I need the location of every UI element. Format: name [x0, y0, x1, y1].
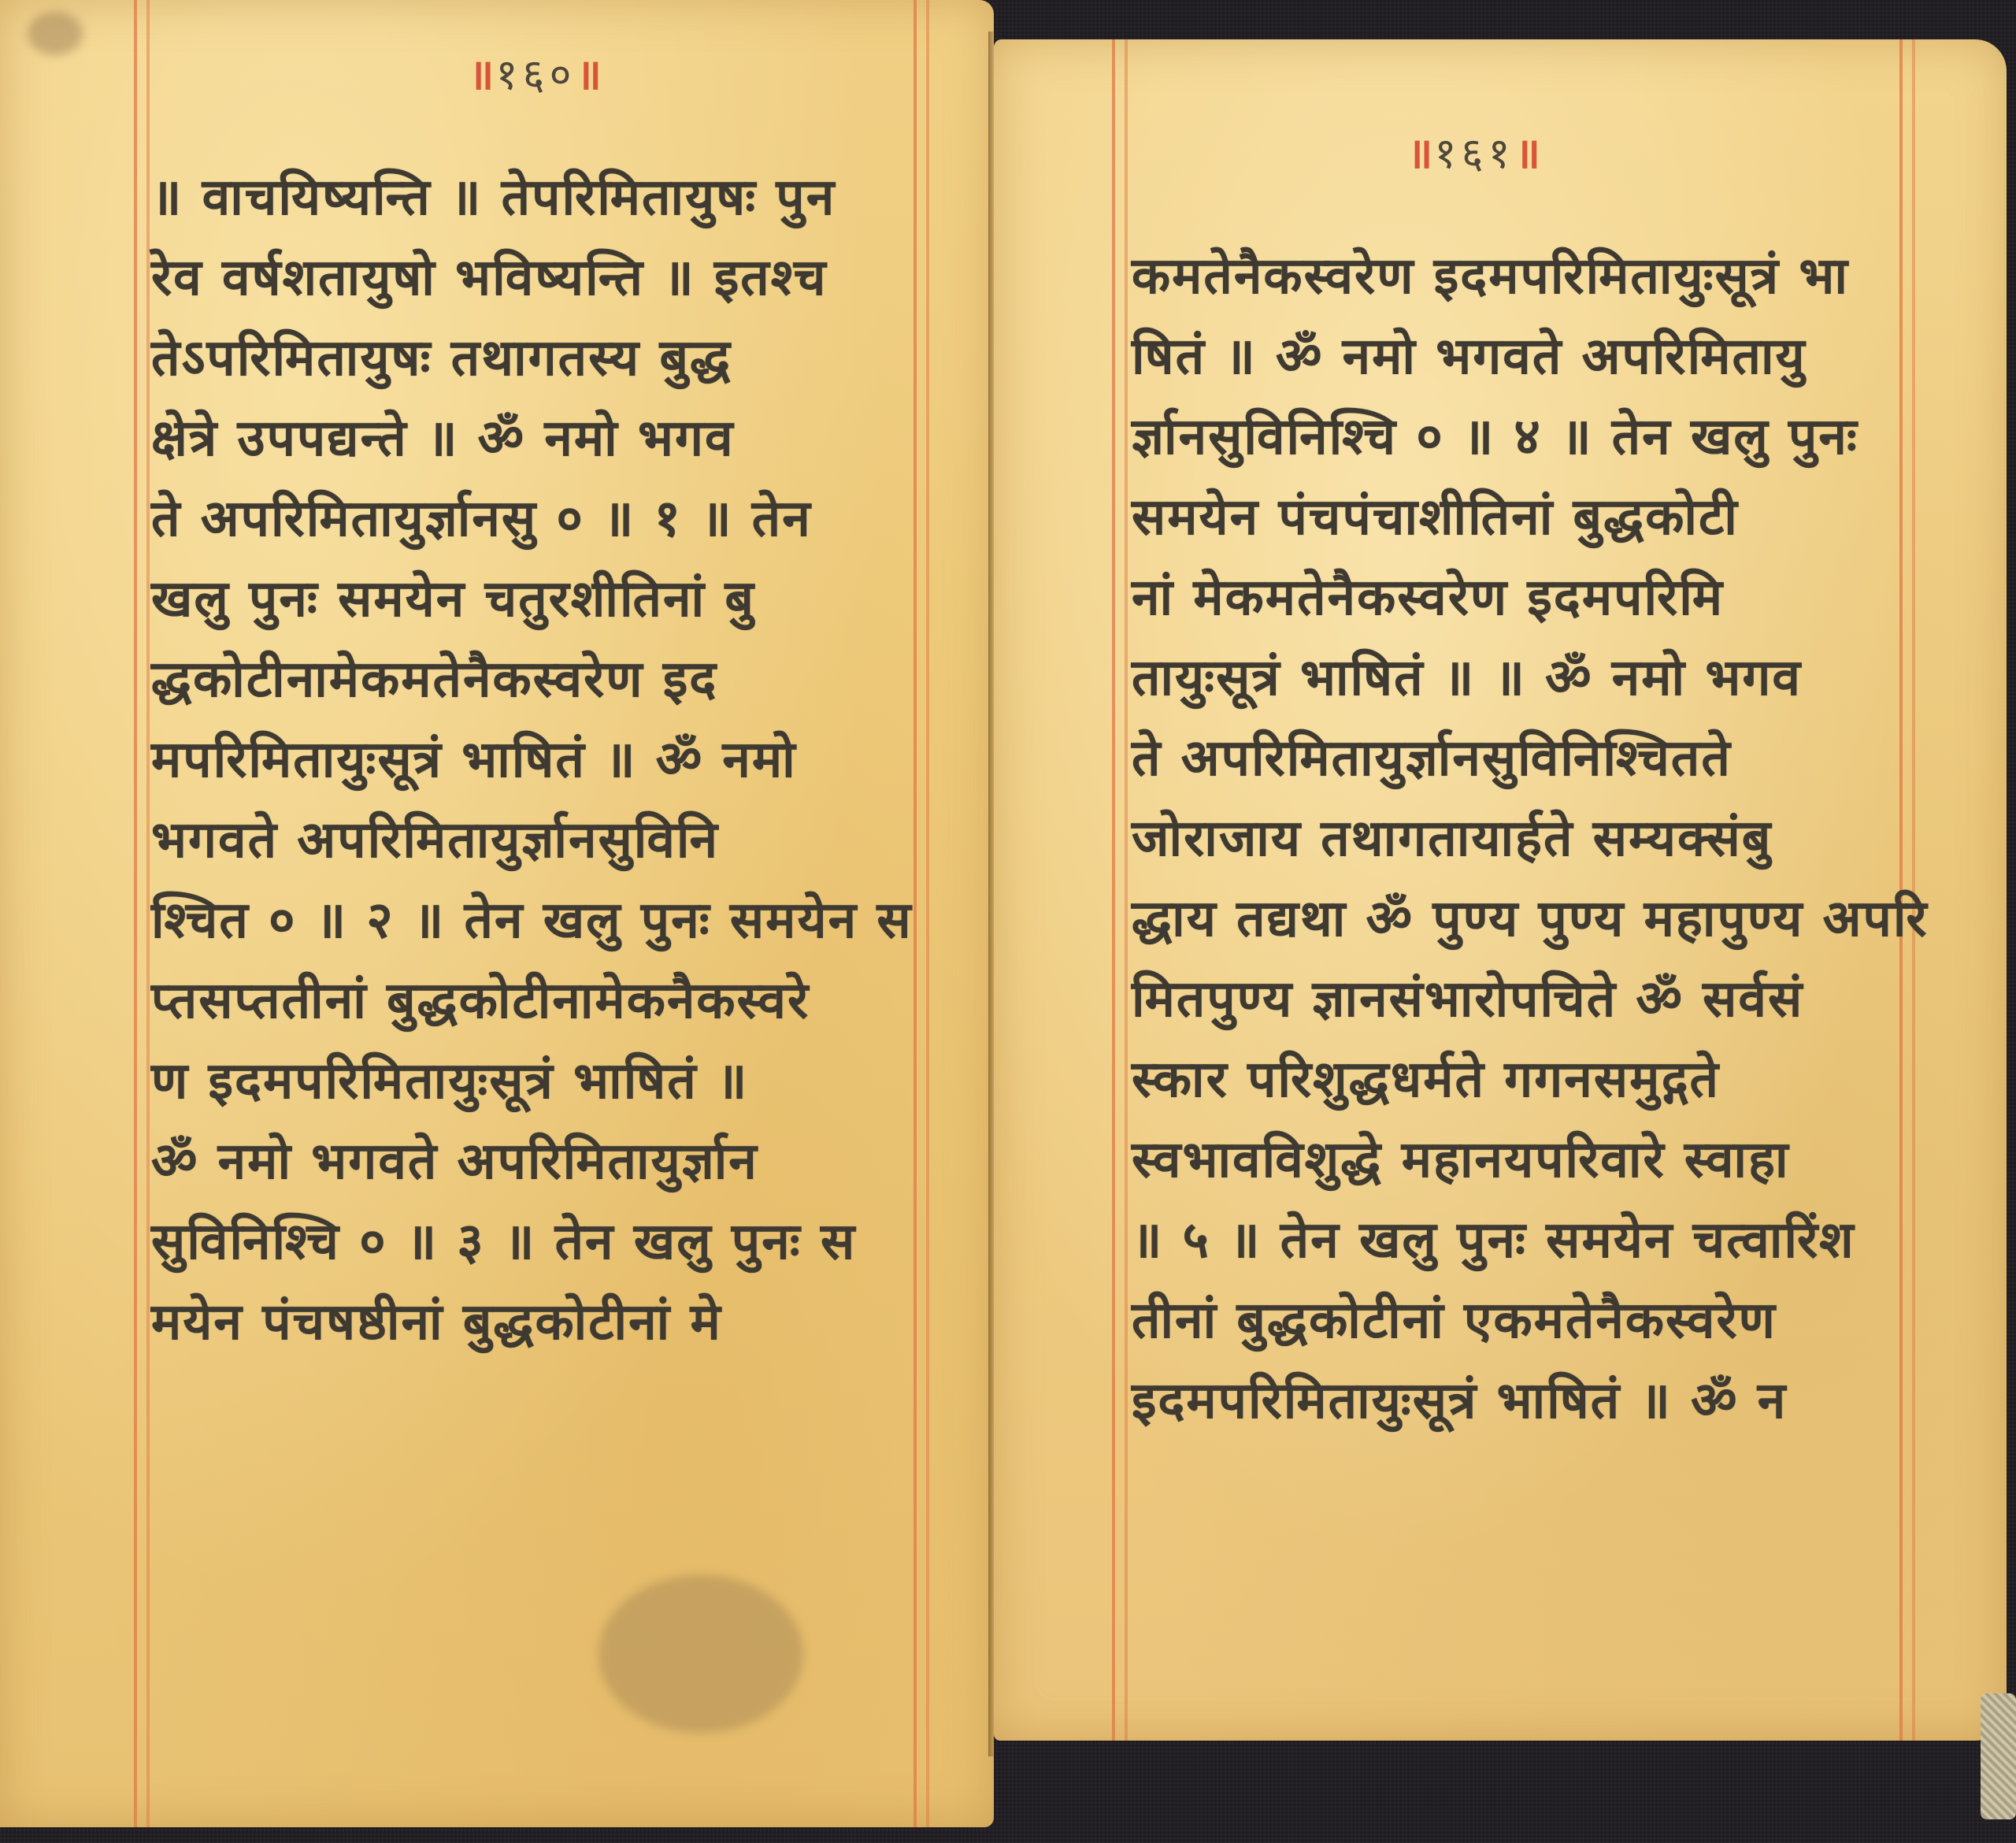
text-line: द्धकोटीनामेकमतेनैकस्वरेण इद	[151, 640, 915, 720]
text-line: जोराजाय तथागतायार्हते सम्यक्संबु	[1132, 799, 1903, 879]
margin-rule-left-outer	[1112, 39, 1115, 1741]
text-line: स्वभावविशुद्धे महानयपरिवारे स्वाहा	[1132, 1120, 1903, 1200]
ink-stain	[28, 12, 83, 55]
text-line: खलु पुनः समयेन चतुरशीतिनां बु	[151, 559, 915, 640]
text-line: रेव वर्षशतायुषो भविष्यन्ति ॥ इतश्च	[151, 238, 915, 318]
text-line: सुविनिश्चि ० ॥ ३ ॥ तेन खलु पुनः स	[151, 1202, 915, 1282]
text-line: द्धाय तद्यथा ॐ पुण्य पुण्य महापुण्य अपरि	[1132, 879, 1903, 959]
margin-rule-right-inner	[926, 0, 929, 1827]
folio-number: १६०	[495, 50, 576, 99]
text-line: तीनां बुद्धकोटीनां एकमतेनैकस्वरेण	[1132, 1281, 1903, 1361]
text-line: समयेन पंचपंचाशीतिनां बुद्धकोटी	[1132, 477, 1903, 558]
text-line: र्ज्ञानसुविनिश्चि ० ॥ ४ ॥ तेन खलु पुनः	[1132, 397, 1903, 477]
text-line: मयेन पंचषष्ठीनां बुद्धकोटीनां मे	[151, 1282, 915, 1363]
text-line: ॥ वाचयिष्यन्ति ॥ तेपरिमितायुषः पुन	[151, 158, 915, 238]
danda-mark: ॥	[1515, 128, 1542, 178]
text-line: भगवते अपरिमितायुर्ज्ञानसुविनि	[151, 800, 915, 881]
text-line: तायुःसूत्रं भाषितं ॥ ॥ ॐ नमो भगव	[1132, 638, 1903, 718]
folio-number-160: ॥१६०॥	[469, 43, 603, 102]
right-page: ॥१६१॥ कमतेनैकस्वरेण इदमपरिमितायुःसूत्रं …	[994, 39, 2007, 1741]
text-line: ण इदमपरिमितायुःसूत्रं भाषितं ॥	[151, 1041, 915, 1122]
binding-thread	[1981, 1693, 2016, 1819]
text-line: मपरिमितायुःसूत्रं भाषितं ॥ ॐ नमो	[151, 720, 915, 800]
text-line: ॐ नमो भगवते अपरिमितायुर्ज्ञान	[151, 1122, 915, 1202]
left-page: ॥१६०॥ ॥ वाचयिष्यन्ति ॥ तेपरिमितायुषः पुन…	[0, 0, 994, 1827]
danda-mark: ॥	[1407, 128, 1434, 178]
text-line: स्कार परिशुद्धधर्मते गगनसमुद्गते	[1132, 1040, 1903, 1120]
text-line: कमतेनैकस्वरेण इदमपरिमितायुःसूत्रं भा	[1132, 236, 1903, 317]
text-line: क्षेत्रे उपपद्यन्ते ॥ ॐ नमो भगव	[151, 399, 915, 479]
margin-rule-left-outer	[134, 0, 137, 1827]
text-line: ते अपरिमितायुर्ज्ञानसुविनिश्चितते	[1132, 718, 1903, 799]
danda-mark: ॥	[469, 50, 495, 99]
right-page-text: कमतेनैकस्वरेण इदमपरिमितायुःसूत्रं भा षित…	[1132, 236, 1903, 1441]
text-line: षितं ॥ ॐ नमो भगवते अपरिमितायु	[1132, 317, 1903, 397]
text-line: इदमपरिमितायुःसूत्रं भाषितं ॥ ॐ न	[1132, 1361, 1903, 1441]
folio-number-161: ॥१६१॥	[1407, 122, 1542, 180]
margin-rule-left-inner	[146, 0, 150, 1827]
text-line: तेऽपरिमितायुषः तथागतस्य बुद्ध	[151, 318, 915, 399]
text-line: ॥ ५ ॥ तेन खलु पुनः समयेन चत्वारिंश	[1132, 1200, 1903, 1281]
text-line: मितपुण्य ज्ञानसंभारोपचिते ॐ सर्वसं	[1132, 959, 1903, 1040]
left-page-text: ॥ वाचयिष्यन्ति ॥ तेपरिमितायुषः पुन रेव व…	[151, 158, 915, 1363]
text-line: ते अपरिमितायुर्ज्ञानसु ० ॥ १ ॥ तेन	[151, 479, 915, 559]
water-stain	[598, 1575, 803, 1733]
text-line: नां मेकमतेनैकस्वरेण इदमपरिमि	[1132, 558, 1903, 638]
text-line: श्चित ० ॥ २ ॥ तेन खलु पुनः समयेन स	[151, 881, 915, 961]
danda-mark: ॥	[576, 50, 603, 99]
margin-rule-left-inner	[1125, 39, 1128, 1741]
folio-number: १६१	[1434, 128, 1514, 178]
text-line: प्तसप्ततीनां बुद्धकोटीनामेकनैकस्वरे	[151, 961, 915, 1041]
